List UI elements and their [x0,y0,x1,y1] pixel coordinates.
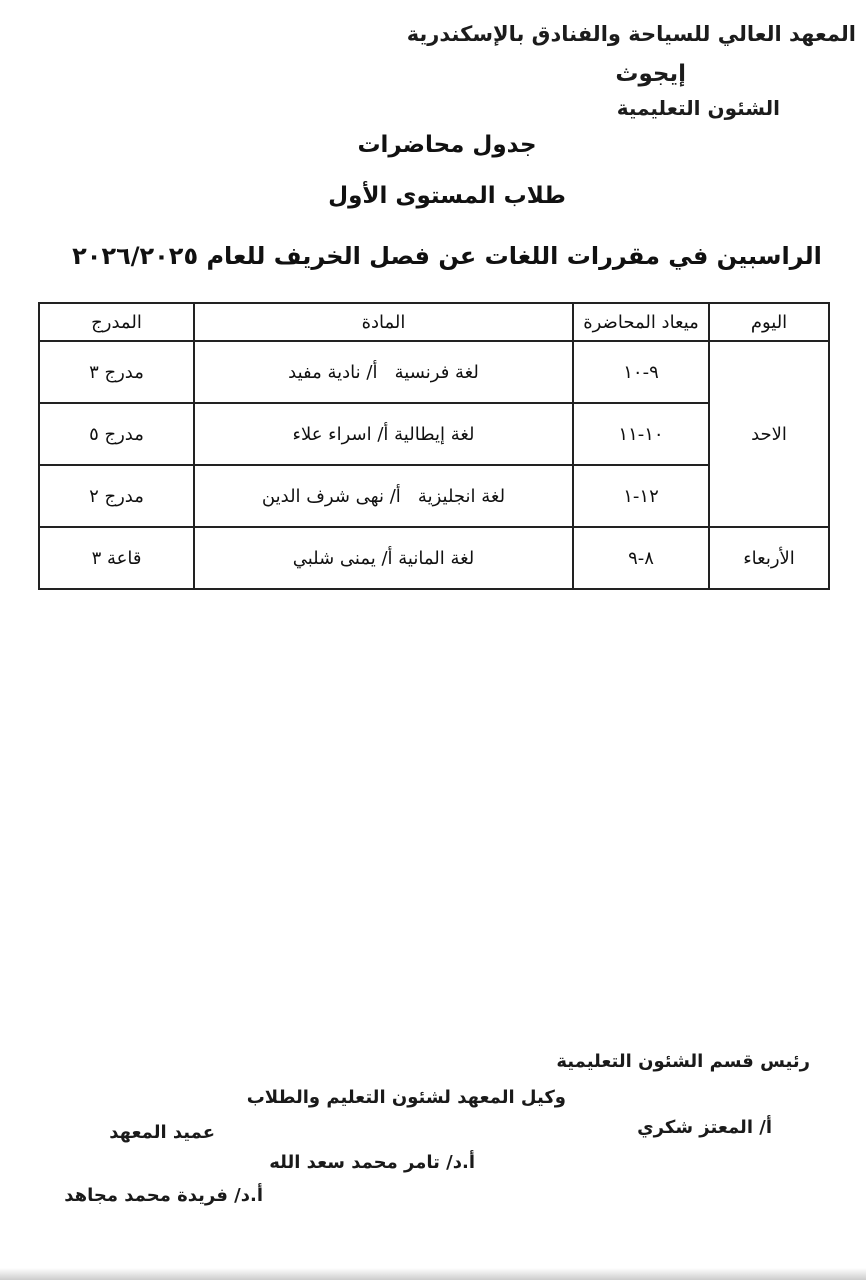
scan-edge-shadow [0,1268,866,1280]
education-head-title: رئيس قسم الشئون التعليمية [556,1051,810,1072]
subject-cell: لغة فرنسية أ/ نادية مفيد [194,341,573,403]
table-row: الاحد ٩-١٠ لغة فرنسية أ/ نادية مفيد مدرج… [39,341,829,403]
time-cell: ١٢-١ [573,465,709,527]
subject-cell: لغة انجليزية أ/ نهى شرف الدين [194,465,573,527]
institute-name: المعهد العالي للسياحة والفنادق بالإسكندر… [407,22,856,46]
hall-cell: مدرج ٥ [39,403,194,465]
education-head-name: أ/ المعتز شكري [637,1117,772,1138]
time-cell: ٩-١٠ [573,341,709,403]
hall-cell: مدرج ٣ [39,341,194,403]
department-name: الشئون التعليمية [617,96,780,120]
column-header-day: اليوم [709,303,829,341]
vice-dean-name: أ.د/ تامر محمد سعد الله [269,1152,475,1173]
institute-brand: إيجوث [615,61,686,87]
vice-dean-title: وكيل المعهد لشئون التعليم والطلاب [247,1087,566,1108]
time-cell: ٨-٩ [573,527,709,589]
level-subtitle: طلاب المستوى الأول [14,183,866,209]
schedule-title: جدول محاضرات [14,132,866,158]
hall-cell: مدرج ٢ [39,465,194,527]
time-cell: ١٠-١١ [573,403,709,465]
day-cell: الاحد [709,341,829,527]
dean-name: أ.د/ فريدة محمد مجاهد [64,1185,263,1206]
column-header-time: ميعاد المحاضرة [573,303,709,341]
table-row: الأربعاء ٨-٩ لغة المانية أ/ يمنى شلبي قا… [39,527,829,589]
subject-cell: لغة إيطالية أ/ اسراء علاء [194,403,573,465]
subject-cell: لغة المانية أ/ يمنى شلبي [194,527,573,589]
day-cell: الأربعاء [709,527,829,589]
document-page: المعهد العالي للسياحة والفنادق بالإسكندر… [0,0,866,1280]
dean-title: عميد المعهد [109,1122,215,1143]
column-header-subject: المادة [194,303,573,341]
table-header-row: اليوم ميعاد المحاضرة المادة المدرج [39,303,829,341]
hall-cell: قاعة ٣ [39,527,194,589]
cohort-subtitle: الراسبين في مقررات اللغات عن فصل الخريف … [14,242,866,270]
lecture-schedule-table: اليوم ميعاد المحاضرة المادة المدرج الاحد… [38,302,830,590]
column-header-hall: المدرج [39,303,194,341]
